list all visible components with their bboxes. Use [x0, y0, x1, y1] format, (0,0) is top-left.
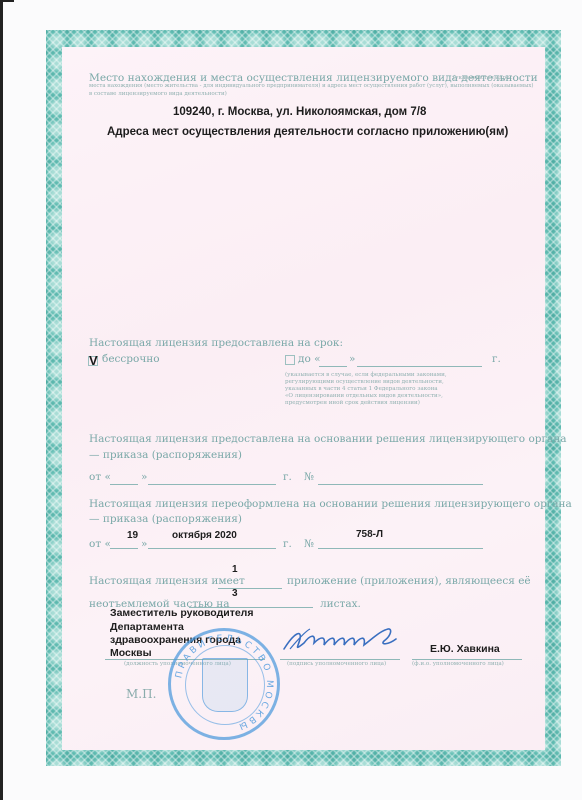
handwritten-signature — [280, 625, 410, 655]
appendix-line1-suffix: приложение (приложения), являющееся её — [287, 575, 531, 587]
until-note-2: регулирующими осуществление видов деятел… — [285, 379, 444, 386]
granted-number-label: № — [304, 471, 314, 483]
appendix-count: 1 — [232, 564, 238, 575]
term-label: Настоящая лицензия предоставлена на срок… — [89, 337, 343, 349]
license-address: 109240, г. Москва, ул. Николоямская, дом… — [173, 106, 426, 118]
check-mark-icon: V — [89, 353, 98, 368]
until-note-3: указанных в части 4 статьи 1 Федеральног… — [285, 386, 438, 393]
reissued-month-line — [148, 548, 276, 549]
stamp-place-label: М.П. — [126, 687, 156, 701]
location-note-inline: (указываются адрес — [453, 75, 513, 82]
reissued-basis-line1: Настоящая лицензия переоформлена на осно… — [89, 498, 572, 510]
addresses-note: Адреса мест осуществления деятельности с… — [107, 126, 508, 138]
official-seal: ПРАВИТЕЛЬСТВО МОСКВЫ — [168, 628, 280, 740]
reissued-number: 758-Л — [356, 529, 383, 540]
reissued-day-line — [110, 548, 138, 549]
granted-year-suffix: г. — [283, 471, 292, 483]
granted-month-line — [148, 484, 276, 485]
location-note-line3: в составе лицензируемого вида деятельнос… — [89, 91, 227, 98]
granted-from-label: от « — [89, 471, 111, 483]
reissued-basis-line2: — приказа (распоряжения) — [89, 513, 242, 525]
until-note-4: «О лицензировании отдельных видов деятел… — [285, 393, 443, 400]
until-quote-close: » — [349, 353, 355, 365]
signer-position-4: Москвы — [110, 647, 152, 659]
granted-quote-close: » — [141, 471, 147, 483]
signature-line — [280, 659, 400, 660]
name-caption: (ф.и.о. уполномоченного лица) — [412, 661, 504, 668]
scan-edge — [0, 0, 3, 800]
appendix-line2-suffix: листах. — [320, 598, 361, 610]
reissued-from-label: от « — [89, 538, 111, 550]
until-month-line — [357, 366, 482, 367]
reissued-number-label: № — [304, 538, 314, 550]
reissued-year-suffix: г. — [283, 538, 292, 550]
indefinite-label: бессрочно — [102, 353, 160, 365]
reissued-month-year: октября 2020 — [172, 530, 237, 541]
svg-text:ПРАВИТЕЛЬСТВО МОСКВЫ: ПРАВИТЕЛЬСТВО МОСКВЫ — [174, 634, 274, 732]
signer-position-1: Заместитель руководителя — [110, 607, 253, 619]
until-label: до « — [298, 353, 321, 365]
appendix-sheets: 3 — [232, 588, 238, 599]
reissued-quote-close: » — [141, 538, 147, 550]
reissued-number-line — [318, 548, 483, 549]
until-checkbox[interactable] — [285, 355, 295, 365]
signature-caption: (подпись уполномоченного лица) — [287, 661, 386, 668]
until-day-line — [319, 366, 347, 367]
appendix-count-line — [218, 588, 282, 589]
signer-name: Е.Ю. Хавкина — [430, 643, 500, 655]
until-note-5: предусмотрен иной срок действия лицензии… — [285, 400, 420, 407]
granted-day-line — [110, 484, 138, 485]
until-note-1: (указывается в случае, если федеральными… — [285, 372, 447, 379]
granted-basis-line2: — приказа (распоряжения) — [89, 449, 242, 461]
reissued-day: 19 — [127, 530, 138, 541]
location-note-line2: места нахождения (место жительства - для… — [89, 83, 534, 90]
scan-edge-top — [0, 0, 14, 2]
granted-number-line — [318, 484, 483, 485]
name-line — [412, 659, 522, 660]
appendix-line1-prefix: Настоящая лицензия имеет — [89, 575, 245, 587]
until-year-suffix: г. — [492, 353, 501, 365]
granted-basis-line1: Настоящая лицензия предоставлена на осно… — [89, 433, 567, 445]
seal-ring-text: ПРАВИТЕЛЬСТВО МОСКВЫ — [171, 631, 277, 737]
